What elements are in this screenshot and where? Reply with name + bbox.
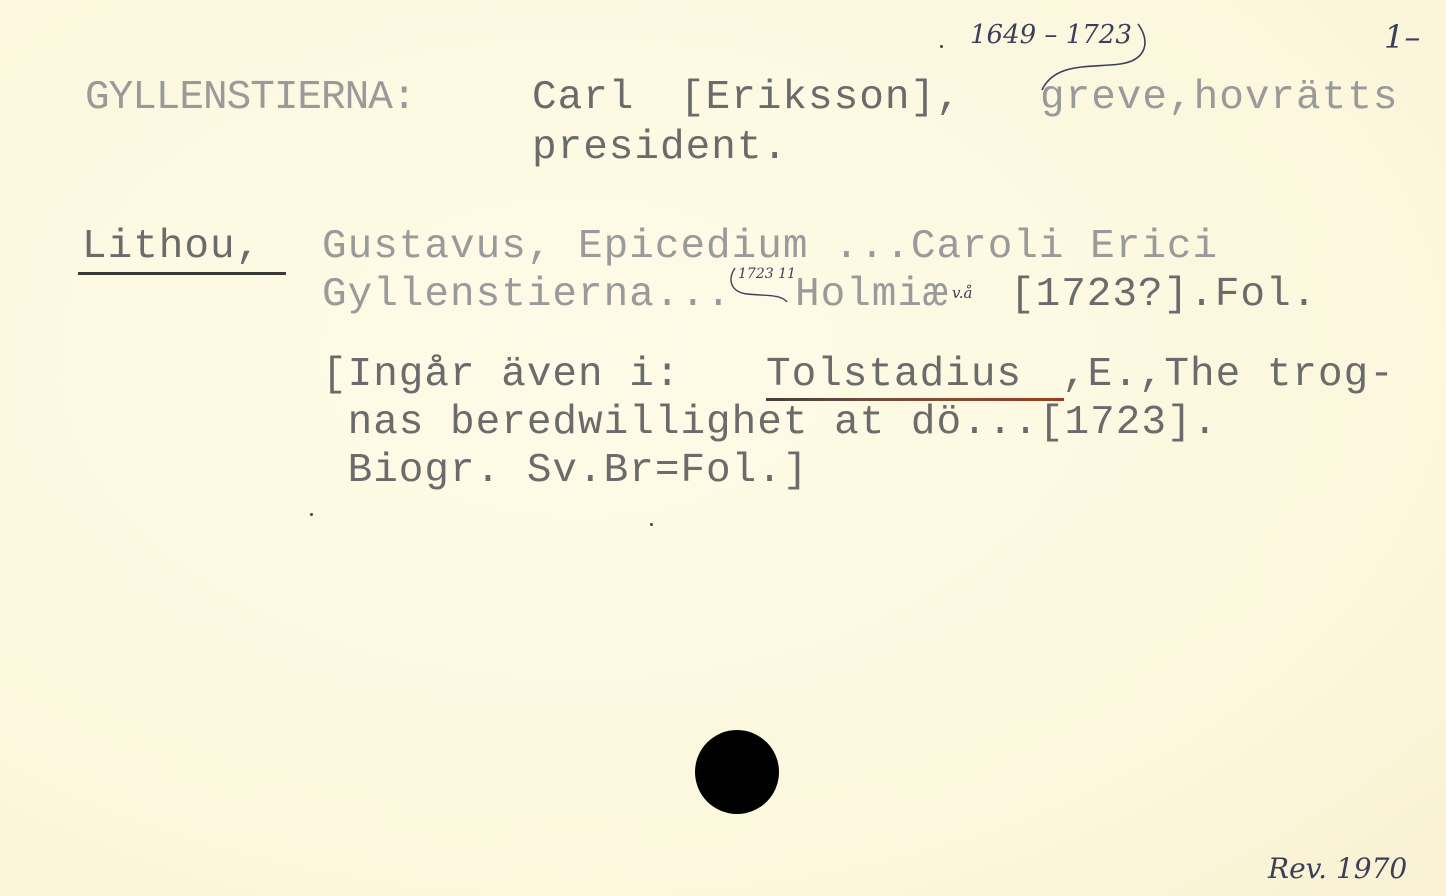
entry-author: Lithou, [82,224,261,271]
heading-title-line1: greve,hovrätts [1040,75,1398,122]
heading-name: GYLLENSTIERNA: [85,75,415,122]
paper-speck [940,45,943,48]
punch-hole [695,730,779,814]
author-underline [78,272,286,275]
heading-patronymic: [Eriksson], [680,75,962,122]
note-line1-prefix: [Ingår även i: [322,352,706,399]
entry-date-format: [1723?].Fol. [1010,272,1317,319]
card-number: 1– [1384,18,1420,56]
note-line2: nas beredwillighet at dö...[1723]. [322,400,1218,447]
handwritten-place-note: v.å [952,284,972,302]
note-line1-suffix: ,E.,The trog- [1062,352,1395,399]
note-line1-tolstadius: Tolstadius [766,352,1022,399]
heading-given-name: Carl [532,75,634,122]
entry-title-line2a: Gyllenstierna... [322,272,732,319]
heading-title-line2: president. [532,125,788,172]
note-line3: Biogr. Sv.Br=Fol.] [322,448,808,495]
paper-speck [650,523,653,526]
entry-title-line1: Gustavus, Epicedium ...Caroli Erici [322,224,1218,271]
entry-place: Holmiæ [795,272,949,319]
paper-speck [310,513,313,516]
handwritten-insert-arc [725,266,795,306]
catalog-card: 1649 – 1723 1– GYLLENSTIERNA: Carl [Erik… [0,0,1446,896]
revision-note: Rev. 1970 [1268,852,1407,885]
